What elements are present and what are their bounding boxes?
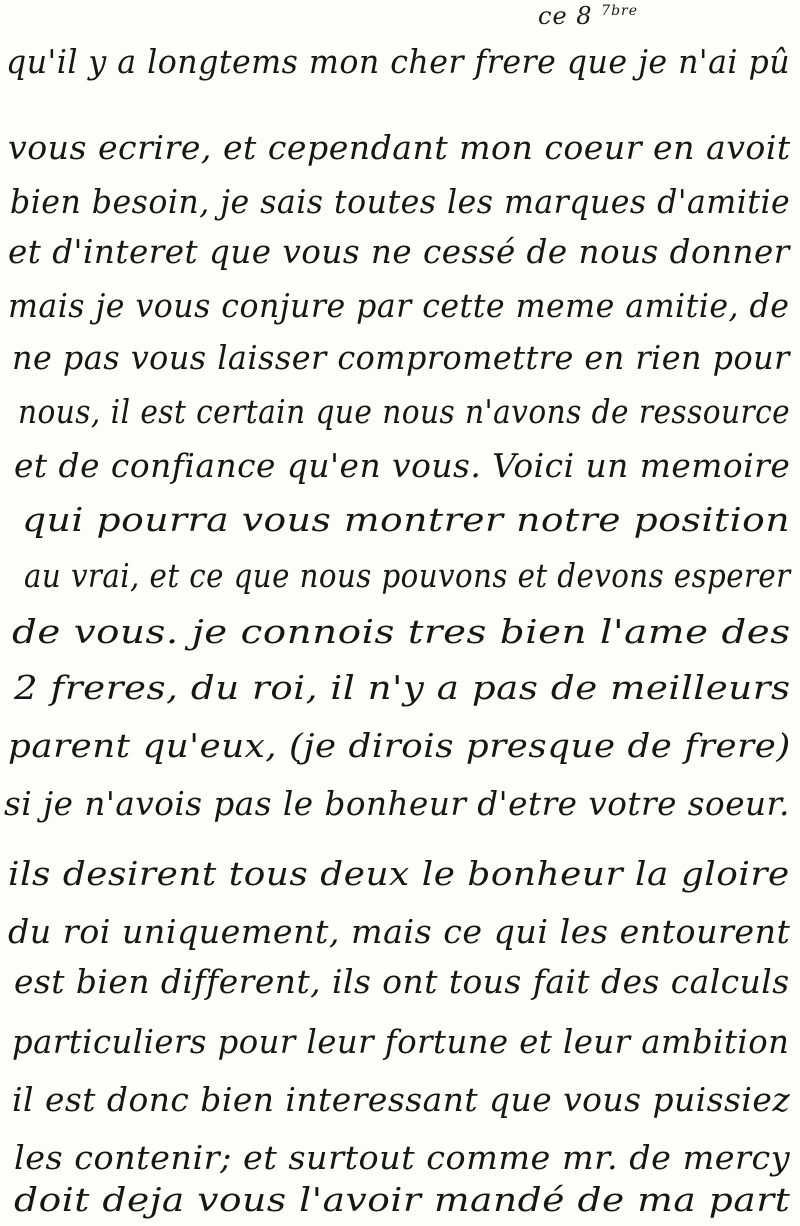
- letter-line: ne pas vous laisser compromettre en rien…: [12, 338, 790, 377]
- letter-line: nous, il est certain que nous n'avons de…: [18, 392, 790, 431]
- letter-date: ce 8 7bre: [538, 2, 638, 30]
- letter-line: est bien different, ils ont tous fait de…: [14, 962, 790, 1001]
- letter-line: qu'il y a longtems mon cher frere que je…: [6, 42, 790, 81]
- letter-line: au vrai, et ce que nous pouvons et devon…: [24, 556, 791, 595]
- letter-line: du roi uniquement, mais ce qui les entou…: [8, 912, 790, 951]
- letter-line: et d'interet que vous ne cessé de nous d…: [8, 232, 790, 271]
- letter-line: les contenir; et surtout comme mr. de me…: [14, 1138, 790, 1177]
- letter-line: ils desirent tous deux le bonheur la glo…: [8, 854, 790, 893]
- letter-line: vous ecrire, et cependant mon coeur en a…: [8, 128, 791, 167]
- letter-line: de vous. je connois tres bien l'ame des: [12, 612, 791, 651]
- letter-line: mais je vous conjure par cette meme amit…: [8, 286, 789, 325]
- letter-line: il est donc bien interessant que vous pu…: [12, 1080, 790, 1119]
- letter-line: qui pourra vous montrer notre position: [22, 500, 790, 539]
- letter-line: doit deja vous l'avoir mandé de ma part: [14, 1180, 790, 1219]
- letter-line: bien besoin, je sais toutes les marques …: [10, 182, 790, 221]
- letter-line: si je n'avois pas le bonheur d'etre votr…: [4, 784, 790, 823]
- letter-line: 2 freres, du roi, il n'y a pas de meille…: [14, 668, 791, 707]
- date-month: 7bre: [601, 3, 638, 19]
- letter-line: et de confiance qu'en vous. Voici un mem…: [14, 446, 790, 485]
- letter-line: parent qu'eux, (je dirois presque de fre…: [8, 726, 791, 765]
- letter-page: ce 8 7bre qu'il y a longtems mon cher fr…: [0, 0, 800, 1226]
- letter-line: particuliers pour leur fortune et leur a…: [12, 1022, 789, 1061]
- date-day: ce 8: [538, 2, 593, 30]
